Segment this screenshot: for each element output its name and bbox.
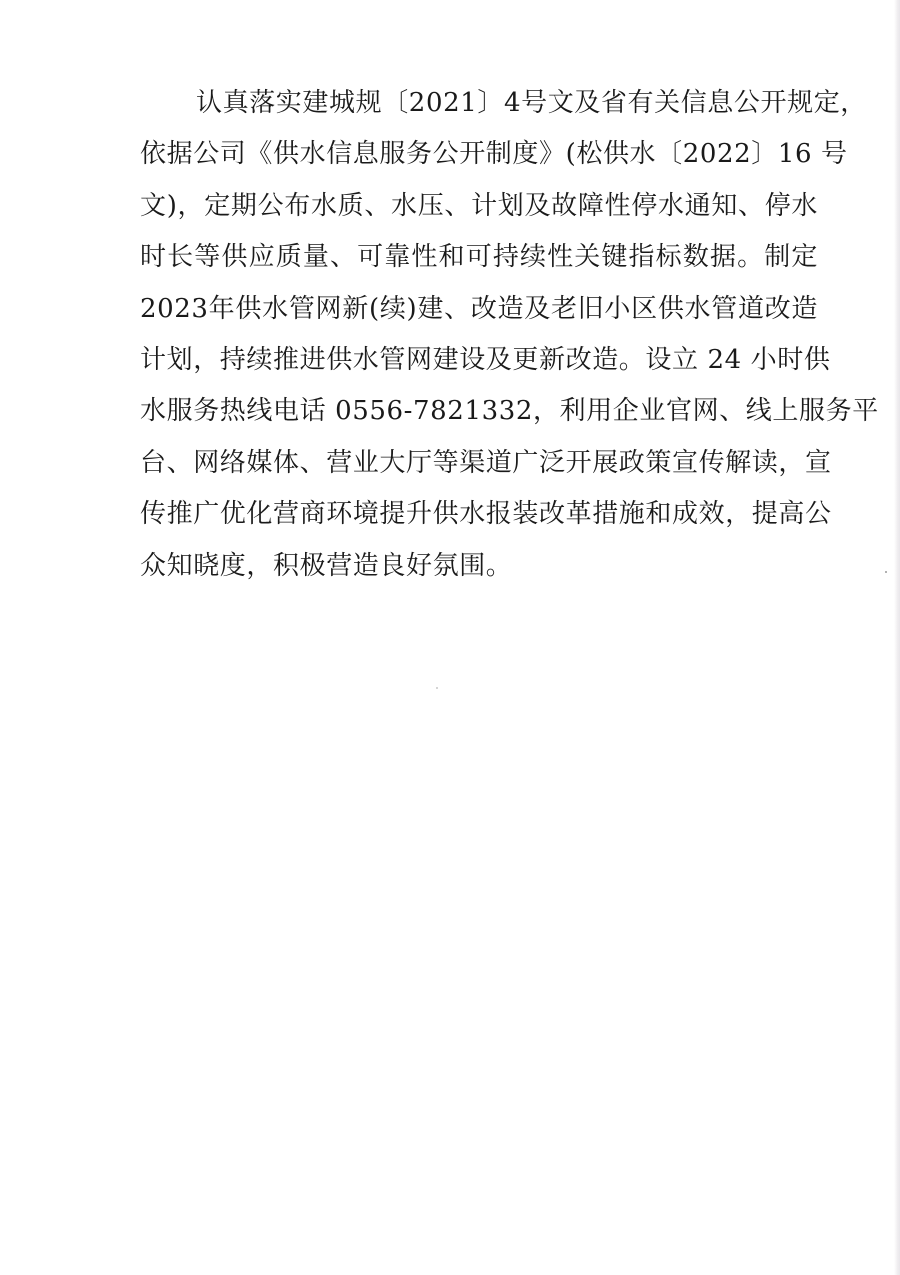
paragraph-line-8: 台、网络媒体、营业大厅等渠道广泛开展政策宣传解读，宣: [140, 438, 818, 489]
paragraph-line-10: 众知晓度，积极营造良好氛围。: [140, 541, 818, 592]
body-paragraph: 认真落实建城规〔2021〕4号文及省有关信息公开规定， 依据公司《供水信息服务公…: [140, 78, 818, 592]
scan-speck: [436, 687, 438, 689]
paragraph-line-6: 计划，持续推进供水管网建设及更新改造。设立 24 小时供: [140, 335, 818, 386]
document-page: 认真落实建城规〔2021〕4号文及省有关信息公开规定， 依据公司《供水信息服务公…: [0, 0, 900, 1275]
paragraph-line-4: 时长等供应质量、可靠性和可持续性关键指标数据。制定: [140, 232, 818, 283]
paragraph-line-5: 2023年供水管网新(续)建、改造及老旧小区供水管道改造: [140, 284, 818, 335]
paragraph-line-2: 依据公司《供水信息服务公开制度》(松供水〔2022〕16 号: [140, 129, 818, 180]
scan-edge-shadow: [894, 0, 900, 1275]
paragraph-line-9: 传推广优化营商环境提升供水报装改革措施和成效，提高公: [140, 489, 818, 540]
paragraph-line-3: 文)，定期公布水质、水压、计划及故障性停水通知、停水: [140, 181, 818, 232]
paragraph-line-7: 水服务热线电话 0556-7821332，利用企业官网、线上服务平: [140, 386, 818, 437]
paragraph-line-1: 认真落实建城规〔2021〕4号文及省有关信息公开规定，: [140, 78, 818, 129]
scan-speck: [885, 571, 887, 573]
